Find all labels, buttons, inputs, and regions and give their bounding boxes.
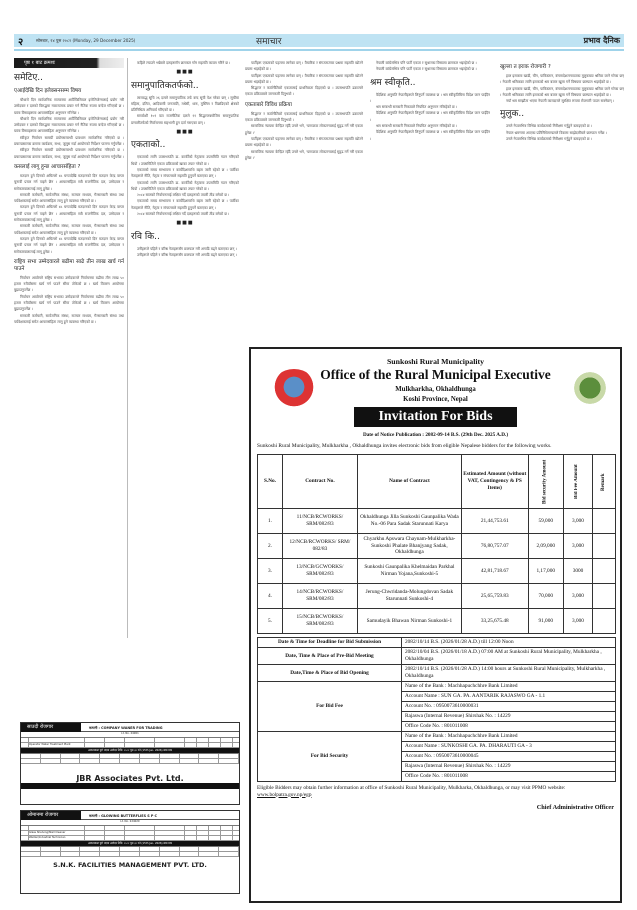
ad-grid: Operator Water Treatment Plant <box>21 737 239 748</box>
info-row-prebid: Date, Time & Place of Pre-Bid Meeting 20… <box>258 648 616 665</box>
ad-agency: JBR Associates Pvt. Ltd. <box>21 772 239 783</box>
article-paragraph: स्वीकृत निर्वाचन सामग्री प्रयोगसम्बन्धी … <box>14 135 124 148</box>
bid-info-table: Date & Time for Deadline for Bid Submiss… <box>257 637 616 782</box>
cell-name: Chyarkhu Apswara Chaynam-Mulkharkha-Sunk… <box>357 534 461 559</box>
col-bid-fee: Bid Fee Amount <box>563 455 592 509</box>
notice-intro: Sunkoshi Rural Municipality, Mulkharkha … <box>257 443 614 450</box>
info-value: 2082/10/14 B.S. (2026/01/28 A.D.) till 1… <box>402 638 616 648</box>
cell-remark <box>593 509 616 534</box>
cell-remark <box>593 559 616 584</box>
info-value: Account Name : SUN GA. PA. AANTARIK RAJA… <box>402 692 616 702</box>
article-paragraph: चौधारो दिन सार्वजनिक सञ्चारमा आर्टिफिसिय… <box>14 116 124 135</box>
article-paragraph: वैदेशिक अनुमति नेपालीहरूले लिनुपर्ने व्य… <box>370 129 490 142</box>
headline-proportional: समानुपातिकतर्फको.. <box>131 81 239 92</box>
info-value: Rajaswa (Internal Revenue) Shirshak No. … <box>402 712 616 722</box>
article-paragraph: सरकारी कर्मचारी, सार्वजनिक संस्था, सञ्चा… <box>14 223 124 236</box>
notice-title: Invitation For Bids <box>354 407 517 427</box>
section-title: समाचार <box>256 34 584 47</box>
cell-remark <box>593 609 616 634</box>
info-label: Date & Time for Deadline for Bid Submiss… <box>258 638 402 648</box>
table-header-row: S.No. Contract No. Name of Contract Esti… <box>258 455 616 509</box>
ad-position: Operator Water Treatment Plant <box>29 743 85 748</box>
middle-column: कहिले ल्याउने भन्नेबारे दलहरूसँग छलफल गर… <box>131 60 239 638</box>
info-value: Office Code No. : 801011008 <box>402 722 616 732</box>
article-paragraph: सामाजिक न्यायमा केन्द्रित रहँदै उनले भने… <box>245 123 363 136</box>
separator: ■■■ <box>131 129 239 135</box>
article-paragraph: कहिले ल्याउने भन्नेबारे दलहरूसँग छलफल गर… <box>131 60 239 66</box>
subhead-national-assembly: राष्ट्रिय सभा उम्मेदवारले बढीमा साढे तीन… <box>14 259 124 273</box>
info-value: Account No. : 0950073610000045 <box>402 752 616 762</box>
cell-contract-no: 11/NCB/RCWORKS/ SRM/082/83 <box>282 509 357 534</box>
info-value: Rajaswa (Internal Revenue) Shirshak No. … <box>402 762 616 772</box>
info-row-deadline: Date & Time for Deadline for Bid Submiss… <box>258 638 616 648</box>
left-column: पृष्ठ १ बाट क्रमशः समेटिए.. एआईदेखि दिन … <box>14 58 124 638</box>
cell-contract-no: 14/NCB/RCWORKS/ SRM/082/83 <box>282 584 357 609</box>
table-row: 2. 12/NCB/RCWORKS/ SRM/ 082/83 Chyarkhu … <box>258 534 616 559</box>
headline-labour-permit: श्रम स्वीकृति.. <box>370 78 490 89</box>
info-row-bid-security: For Bid Security Name of the Bank : Mach… <box>258 732 616 742</box>
cell-name: Jerung-Chwridanda-Molungdovan Sadak Star… <box>357 584 461 609</box>
article-paragraph: निर्वाचन आयोगले राष्ट्रिय सभाका उम्मेदवा… <box>14 294 124 313</box>
cell-amount: 21,44,753.61 <box>461 509 528 534</box>
article-paragraph: स्वीकृत निर्वाचन सामग्री प्रयोगसम्बन्धी … <box>14 147 124 160</box>
column-divider <box>127 58 128 638</box>
info-value: Office Code No. : 801011008 <box>402 772 616 782</box>
article-paragraph: वैदेशिक अनुमति नेपालीहरूले लिनुपर्ने व्य… <box>370 110 490 123</box>
headline-rabi: रवि कि.. <box>131 232 239 243</box>
ppmo-website-link[interactable]: www.bolpatra.gov.np/egp <box>257 792 311 798</box>
cell-security: 70,000 <box>528 584 563 609</box>
newspaper-brand: प्रभाव दैनिक <box>584 35 624 46</box>
cell-sno: 2. <box>258 534 283 559</box>
col-estimated-amount: Estimated Amount (without VAT, Contingen… <box>461 455 528 509</box>
notice-publication-date: Date of Notice Publication : 2082-09-14 … <box>251 432 620 438</box>
col-sno: S.No. <box>258 455 283 509</box>
info-value: Account No. : 0950073610000031 <box>402 702 616 712</box>
article-paragraph: नेपाली कांग्रेसभित्र पनि पार्टी एकता र स… <box>370 66 490 72</box>
municipality-logo-icon <box>572 369 608 407</box>
article-paragraph: वैदेशिक अनुमति नेपालीहरूले लिनुपर्ने व्य… <box>370 92 490 105</box>
info-label: Date,Time & Place of Bid Opening <box>258 665 402 682</box>
cell-amount: 76,80,757.07 <box>461 534 528 559</box>
headline-unity: एकताको.. <box>131 140 239 151</box>
ad-company: कम्पनी : GLOWING BUTTERFLIES S P C <box>81 813 157 818</box>
table-row: 4. 14/NCB/RCWORKS/ SRM/082/83 Jerung-Chw… <box>258 584 616 609</box>
info-label: Date, Time & Place of Pre-Bid Meeting <box>258 648 402 665</box>
article-paragraph: चौधारो दिन सार्वजनिक सञ्चारमा आर्टिफिसिय… <box>14 97 124 116</box>
article-paragraph: उनले नेपालभित्र विभिन्न कार्यक्रमको निरी… <box>500 136 624 142</box>
info-label: For Bid Security <box>258 732 402 782</box>
ad-label: ओमानमा रोजगार <box>21 811 81 820</box>
cell-contract-no: 15/NCB/BCWORKS/ SRM/082/83 <box>282 609 357 634</box>
center-column: पार्टीहरू एकताको पहलमा लागेका छन् । वैचा… <box>245 60 363 340</box>
invitation-for-bids-notice: Sunkoshi Rural Municipality Office of th… <box>249 347 622 903</box>
article-paragraph: मतदान हुने दिनको अघिल्लो ४८ घण्टादेखि मत… <box>14 236 124 255</box>
separator: ■■■ <box>131 69 239 75</box>
cell-name: Samudayik Bhawan Nirman Sunkoshi-1 <box>357 609 461 634</box>
cell-contract-no: 12/NCB/RCWORKS/ SRM/ 082/83 <box>282 534 357 559</box>
info-row-opening: Date,Time & Place of Bid Opening 2082/10… <box>258 665 616 682</box>
subhead-ai: एआईदेखि दिन इलेक्सनसम्म विषय <box>14 88 124 95</box>
article-paragraph: पार्टीहरू एकताको पहलमा लागेका छन् । वैचा… <box>245 60 363 73</box>
cell-remark <box>593 534 616 559</box>
ad-grid: Glass Shelving/Stall Cleaner Welder/Indu… <box>21 825 239 841</box>
cell-security: 91,000 <box>528 609 563 634</box>
table-row: 3. 13/NCB/GCWORKS/ SRM/082/83 Sunkoshi G… <box>258 559 616 584</box>
right-center-column: नेपाली कांग्रेसभित्र पनि पार्टी एकता र स… <box>370 60 490 340</box>
article-paragraph: सिद्धान्त र कार्यनीतिको एकतालाई प्राथमिक… <box>245 85 363 98</box>
subhead-code-of-conduct: कसलाई लागू हुन्छ आचारसंहिता ? <box>14 164 124 171</box>
cell-name: Sunkoshi Gaunpalika Khelmaidan Parkhal N… <box>357 559 461 584</box>
cell-fee: 3,000 <box>563 509 592 534</box>
info-value: Account Name : SUNKOSHI GA. PA. DHARAUTI… <box>402 742 616 752</box>
article-paragraph: उनीहरूले पहिले र वरिष्ठ नेताहरूसँग छलफल … <box>131 252 239 258</box>
page-header: २ सोमबार, १४ पुस २०८२ (Monday, 29 Decemb… <box>14 34 624 47</box>
cell-sno: 4. <box>258 584 283 609</box>
article-paragraph: हाल इराकमा खाडी, चीन, पाकिस्तान, बंगलादे… <box>500 86 624 99</box>
article-paragraph: एकताको समग्र सम्भावना र कार्यदिशामाथि बह… <box>131 167 239 180</box>
subhead-unity-process: एकताबारे विविध प्रक्रिया <box>245 102 363 109</box>
ad-position: Welder/Industrial Technician <box>29 836 85 841</box>
cell-contract-no: 13/NCB/GCWORKS/ SRM/082/83 <box>282 559 357 584</box>
job-ad-oman: ओमानमा रोजगार कम्पनी : GLOWING BUTTERFLI… <box>20 810 240 894</box>
cell-remark <box>593 584 616 609</box>
info-value: Name of the Bank : Machhapuchchhre Bank … <box>402 682 616 692</box>
info-value: Name of the Bank : Machhapuchchhre Bank … <box>402 732 616 742</box>
headline-country: मुलुक.. <box>500 109 624 120</box>
page-number: २ <box>14 34 36 48</box>
article-paragraph: सिद्धान्त र कार्यनीतिको एकतालाई प्राथमिक… <box>245 111 363 124</box>
article-paragraph: निर्वाचन आयोगले राष्ट्रिय सभाका उम्मेदवा… <box>14 275 124 294</box>
job-ad-saudi: साउदी रोजगार कम्पनी : COMPANY WANER FOR … <box>20 722 240 805</box>
info-label: For Bid Fee <box>258 682 402 732</box>
continued-banner: पृष्ठ १ बाट क्रमशः <box>14 58 124 68</box>
bids-table: S.No. Contract No. Name of Contract Esti… <box>257 454 616 634</box>
table-row: 1. 11/NCB/RCWORKS/ SRM/082/83 Okhaldhung… <box>258 509 616 534</box>
right-column: खुल्ला त इराक रोजगारी ? हाल इराकमा खाडी,… <box>500 60 624 340</box>
headline-samete: समेटिए.. <box>14 73 124 84</box>
ad-contact-bar <box>21 783 239 789</box>
article-paragraph: मतदान हुने दिनको अघिल्लो ४८ घण्टादेखि मत… <box>14 204 124 223</box>
cell-amount: 33,25,675.48 <box>461 609 528 634</box>
header-divider <box>14 49 624 51</box>
cell-sno: 5. <box>258 609 283 634</box>
signatory: Chief Administrative Officer <box>257 804 614 811</box>
ad-agency: S.N.K. FACILITIES MANAGEMENT PVT. LTD. <box>21 857 239 869</box>
separator: ■■■ <box>131 220 239 226</box>
cell-amount: 25,65,759.83 <box>461 584 528 609</box>
cell-security: 59,000 <box>528 509 563 534</box>
org-name: Sunkoshi Rural Municipality <box>251 357 620 366</box>
info-value: 2082/10/14 B.S. (2026/01/28 A.D.) 14:00 … <box>402 665 616 682</box>
article-paragraph: एकताको लागि उपसभापति डा. कार्कीको नेतृत्… <box>131 154 239 167</box>
article-paragraph: एकताको लागि उपसभापति डा. कार्कीको नेतृत्… <box>131 180 239 193</box>
headline-iraq-employment: खुल्ला त इराक रोजगारी ? <box>500 64 624 71</box>
cell-fee: 3000 <box>563 559 592 584</box>
more-info-text: Eligible Bidders may obtain further info… <box>257 785 565 791</box>
cell-security: 2,09,000 <box>528 534 563 559</box>
more-info: Eligible Bidders may obtain further info… <box>257 785 614 798</box>
article-paragraph: हाल इराकमा खाडी, चीन, पाकिस्तान, बंगलादे… <box>500 73 624 86</box>
article-paragraph: सामाजिक न्यायमा केन्द्रित रहँदै उनले भने… <box>245 149 363 162</box>
cell-fee: 3,000 <box>563 609 592 634</box>
publication-date: सोमबार, १४ पुस २०८२ (Monday, 29 December… <box>36 38 256 44</box>
article-paragraph: पार्टीहरू एकताको पहलमा लागेका छन् । वैचा… <box>245 136 363 149</box>
col-contract-no: Contract No. <box>282 455 357 509</box>
article-paragraph: लामबद्ध सूचि २६ दलले समानुपातिक तर्फ बन्… <box>131 95 239 114</box>
article-paragraph: समावेशी १०१ वटा राजनीतिक दलले ११ सिद्धान… <box>131 113 239 126</box>
cell-sno: 1. <box>258 509 283 534</box>
col-remark: Remark <box>593 455 616 509</box>
cell-name: Okhaldhunga Jilla Sunkoshi Gaunpalika Wa… <box>357 509 461 534</box>
cell-security: 1,17,000 <box>528 559 563 584</box>
info-value: 2082/10/04 B.S. (2026/01/18 A.D.) 07:00 … <box>402 648 616 665</box>
cell-sno: 3. <box>258 559 283 584</box>
article-paragraph: एकताको समग्र सम्भावना र कार्यदिशामाथि बह… <box>131 198 239 211</box>
article-paragraph: सरकारी कर्मचारी, सार्वजनिक संस्था, सञ्चा… <box>14 192 124 205</box>
ad-company: कम्पनी : COMPANY WANER FOR TRADING <box>81 725 163 730</box>
article-paragraph: सरकारी कर्मचारी, सार्वजनिक संस्था, सञ्चा… <box>14 313 124 326</box>
cell-fee: 3,000 <box>563 584 592 609</box>
article-paragraph: नयाँ श्रम सम्झौता भएमा नेपाली कामदारले स… <box>500 98 624 104</box>
article-paragraph: पार्टीहरू एकताको पहलमा लागेका छन् । वैचा… <box>245 73 363 86</box>
info-row-bid-fee: For Bid Fee Name of the Bank : Machhapuc… <box>258 682 616 692</box>
table-row: 5. 15/NCB/BCWORKS/ SRM/082/83 Samudayik … <box>258 609 616 634</box>
col-bid-security: Bid security Amount <box>528 455 563 509</box>
article-paragraph: मतदान हुने दिनको अघिल्लो ४८ घण्टादेखि मत… <box>14 173 124 192</box>
col-name: Name of Contract <box>357 455 461 509</box>
article-paragraph: २०८४ सालको निर्वाचनलाई लक्षित गर्दै दलहर… <box>131 211 239 217</box>
cell-fee: 3,000 <box>563 534 592 559</box>
cell-amount: 42,81,718.67 <box>461 559 528 584</box>
nepal-emblem-icon <box>271 369 317 409</box>
ad-label: साउदी रोजगार <box>21 723 81 732</box>
article-paragraph: उनीहरूले पहिले र वरिष्ठ नेताहरूसँग छलफल … <box>131 246 239 252</box>
